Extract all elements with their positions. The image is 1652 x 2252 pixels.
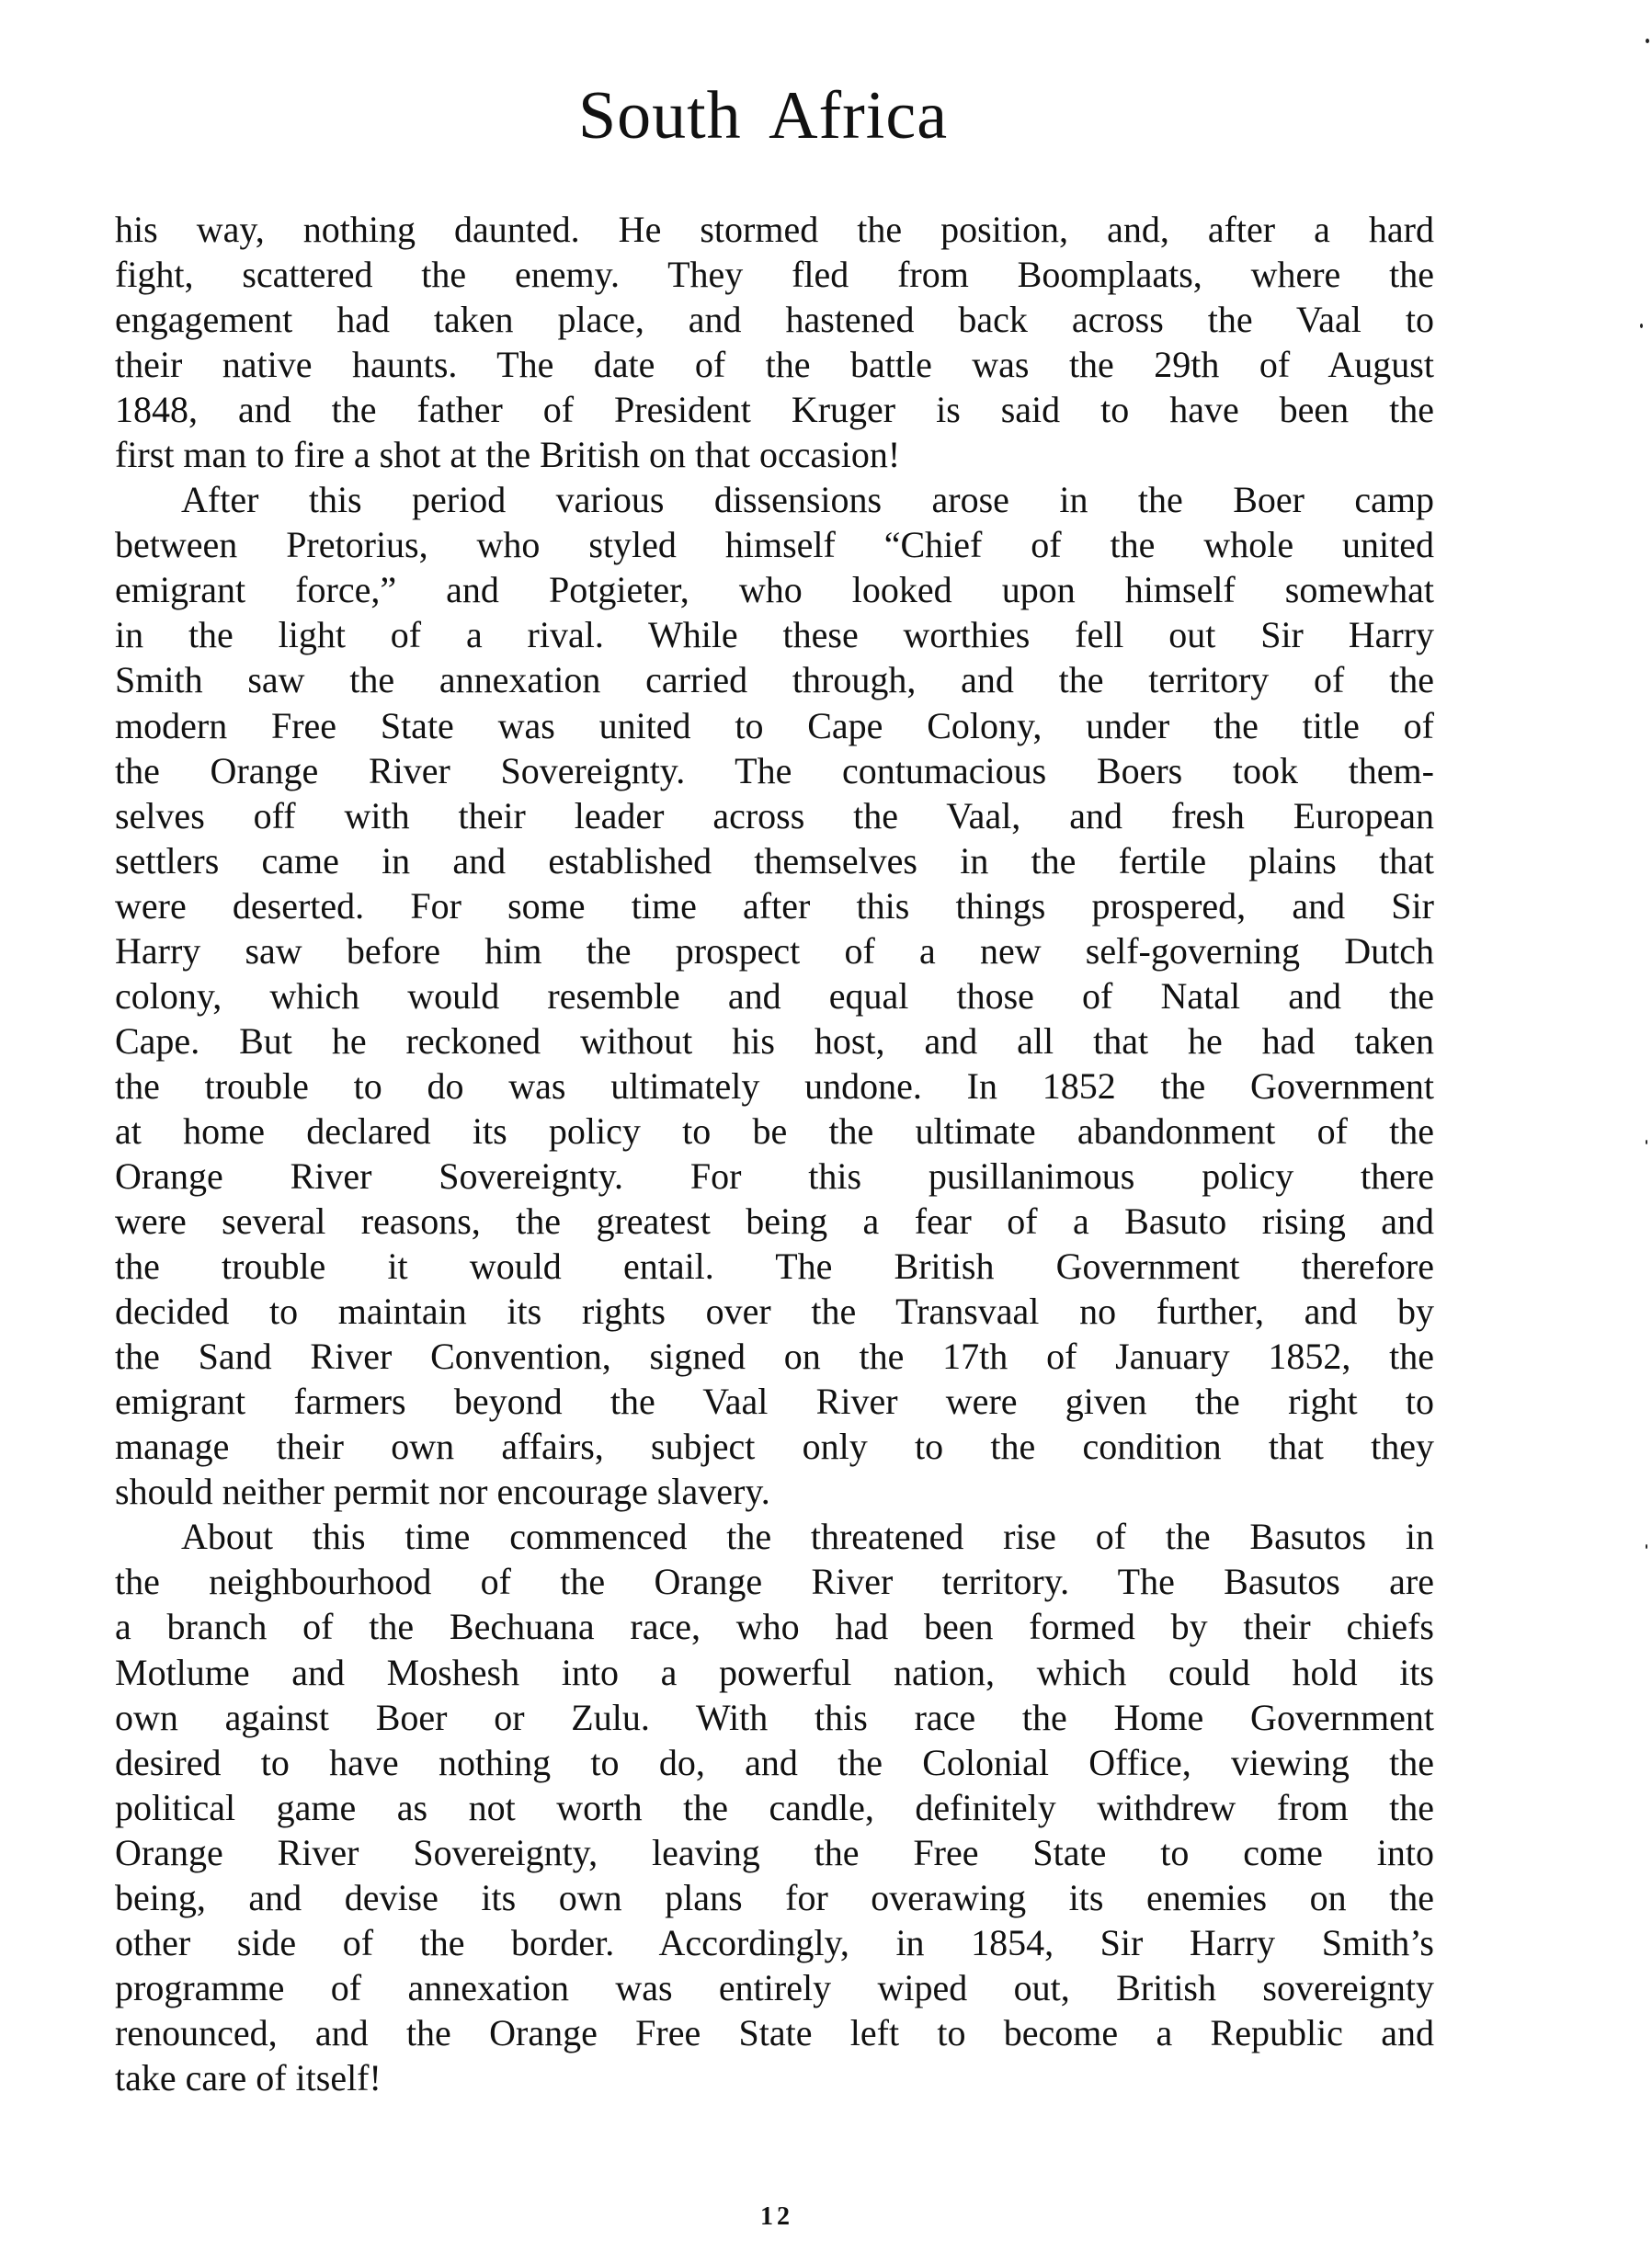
text-line: Orange River Sovereignty. For this pusil… [115,1154,1434,1199]
text-line: being, and devise its own plans for over… [115,1875,1434,1920]
text-line: emigrant farmers beyond the Vaal River w… [115,1379,1434,1424]
text-line: manage their own affairs, subject only t… [115,1424,1434,1469]
scan-speck-mark [1646,1140,1647,1144]
text-line: should neither permit nor encourage slav… [115,1469,1434,1514]
text-line: at home declared its policy to be the ul… [115,1109,1434,1154]
paragraph: his way, nothing daunted. He stormed the… [115,207,1434,477]
text-line: desired to have nothing to do, and the C… [115,1740,1434,1785]
page-number: 12 [735,2202,818,2232]
text-line: other side of the border. Accordingly, i… [115,1920,1434,1965]
text-line: a branch of the Bechuana race, who had b… [115,1604,1434,1649]
text-line: were deserted. For some time after this … [115,883,1434,928]
running-title: South Africa [515,79,1011,153]
text-line: the trouble it would entail. The British… [115,1244,1434,1289]
text-line: decided to maintain its rights over the … [115,1289,1434,1334]
text-line: settlers came in and established themsel… [115,838,1434,883]
text-line: engagement had taken place, and hastened… [115,297,1434,342]
text-line: Harry saw before him the prospect of a n… [115,928,1434,973]
text-line: their native haunts. The date of the bat… [115,342,1434,387]
text-line: own against Boer or Zulu. With this race… [115,1695,1434,1740]
text-line: were several reasons, the greatest being… [115,1199,1434,1244]
text-line: the Sand River Convention, signed on the… [115,1334,1434,1379]
text-line: About this time commenced the threatened… [115,1514,1434,1559]
text-line: Orange River Sovereignty, leaving the Fr… [115,1830,1434,1875]
text-line: Motlume and Moshesh into a powerful nati… [115,1650,1434,1695]
paragraph: About this time commenced the threatened… [115,1514,1434,2100]
text-line: the trouble to do was ultimately undone.… [115,1063,1434,1109]
text-line: modern Free State was united to Cape Col… [115,703,1434,748]
text-line: political game as not worth the candle, … [115,1785,1434,1830]
text-line: colony, which would resemble and equal t… [115,973,1434,1018]
body-text: his way, nothing daunted. He stormed the… [115,207,1434,2100]
text-line: Cape. But he reckoned without his host, … [115,1018,1434,1063]
text-line: selves off with their leader across the … [115,793,1434,838]
text-line: Smith saw the annexation carried through… [115,657,1434,702]
text-line: fight, scattered the enemy. They fled fr… [115,252,1434,297]
text-line: between Pretorius, who styled himself “C… [115,522,1434,567]
text-line: first man to fire a shot at the British … [115,432,1434,477]
text-line: 1848, and the father of President Kruger… [115,387,1434,432]
text-line: his way, nothing daunted. He stormed the… [115,207,1434,252]
text-line: in the light of a rival. While these wor… [115,612,1434,657]
text-line: emigrant force,” and Potgieter, who look… [115,567,1434,612]
text-line: renounced, and the Orange Free State lef… [115,2010,1434,2055]
text-line: the Orange River Sovereignty. The contum… [115,748,1434,793]
text-line: take care of itself! [115,2055,1434,2100]
text-line: the neighbourhood of the Orange River te… [115,1559,1434,1604]
scan-speck-mark [1646,1544,1647,1549]
text-line: programme of annexation was entirely wip… [115,1965,1434,2010]
paragraph: After this period various dissensions ar… [115,477,1434,1514]
book-page: South Africa his way, nothing daunted. H… [0,0,1652,2252]
text-line: After this period various dissensions ar… [115,477,1434,522]
scan-speck-mark [1646,39,1649,43]
scan-speck-mark [1640,324,1643,328]
